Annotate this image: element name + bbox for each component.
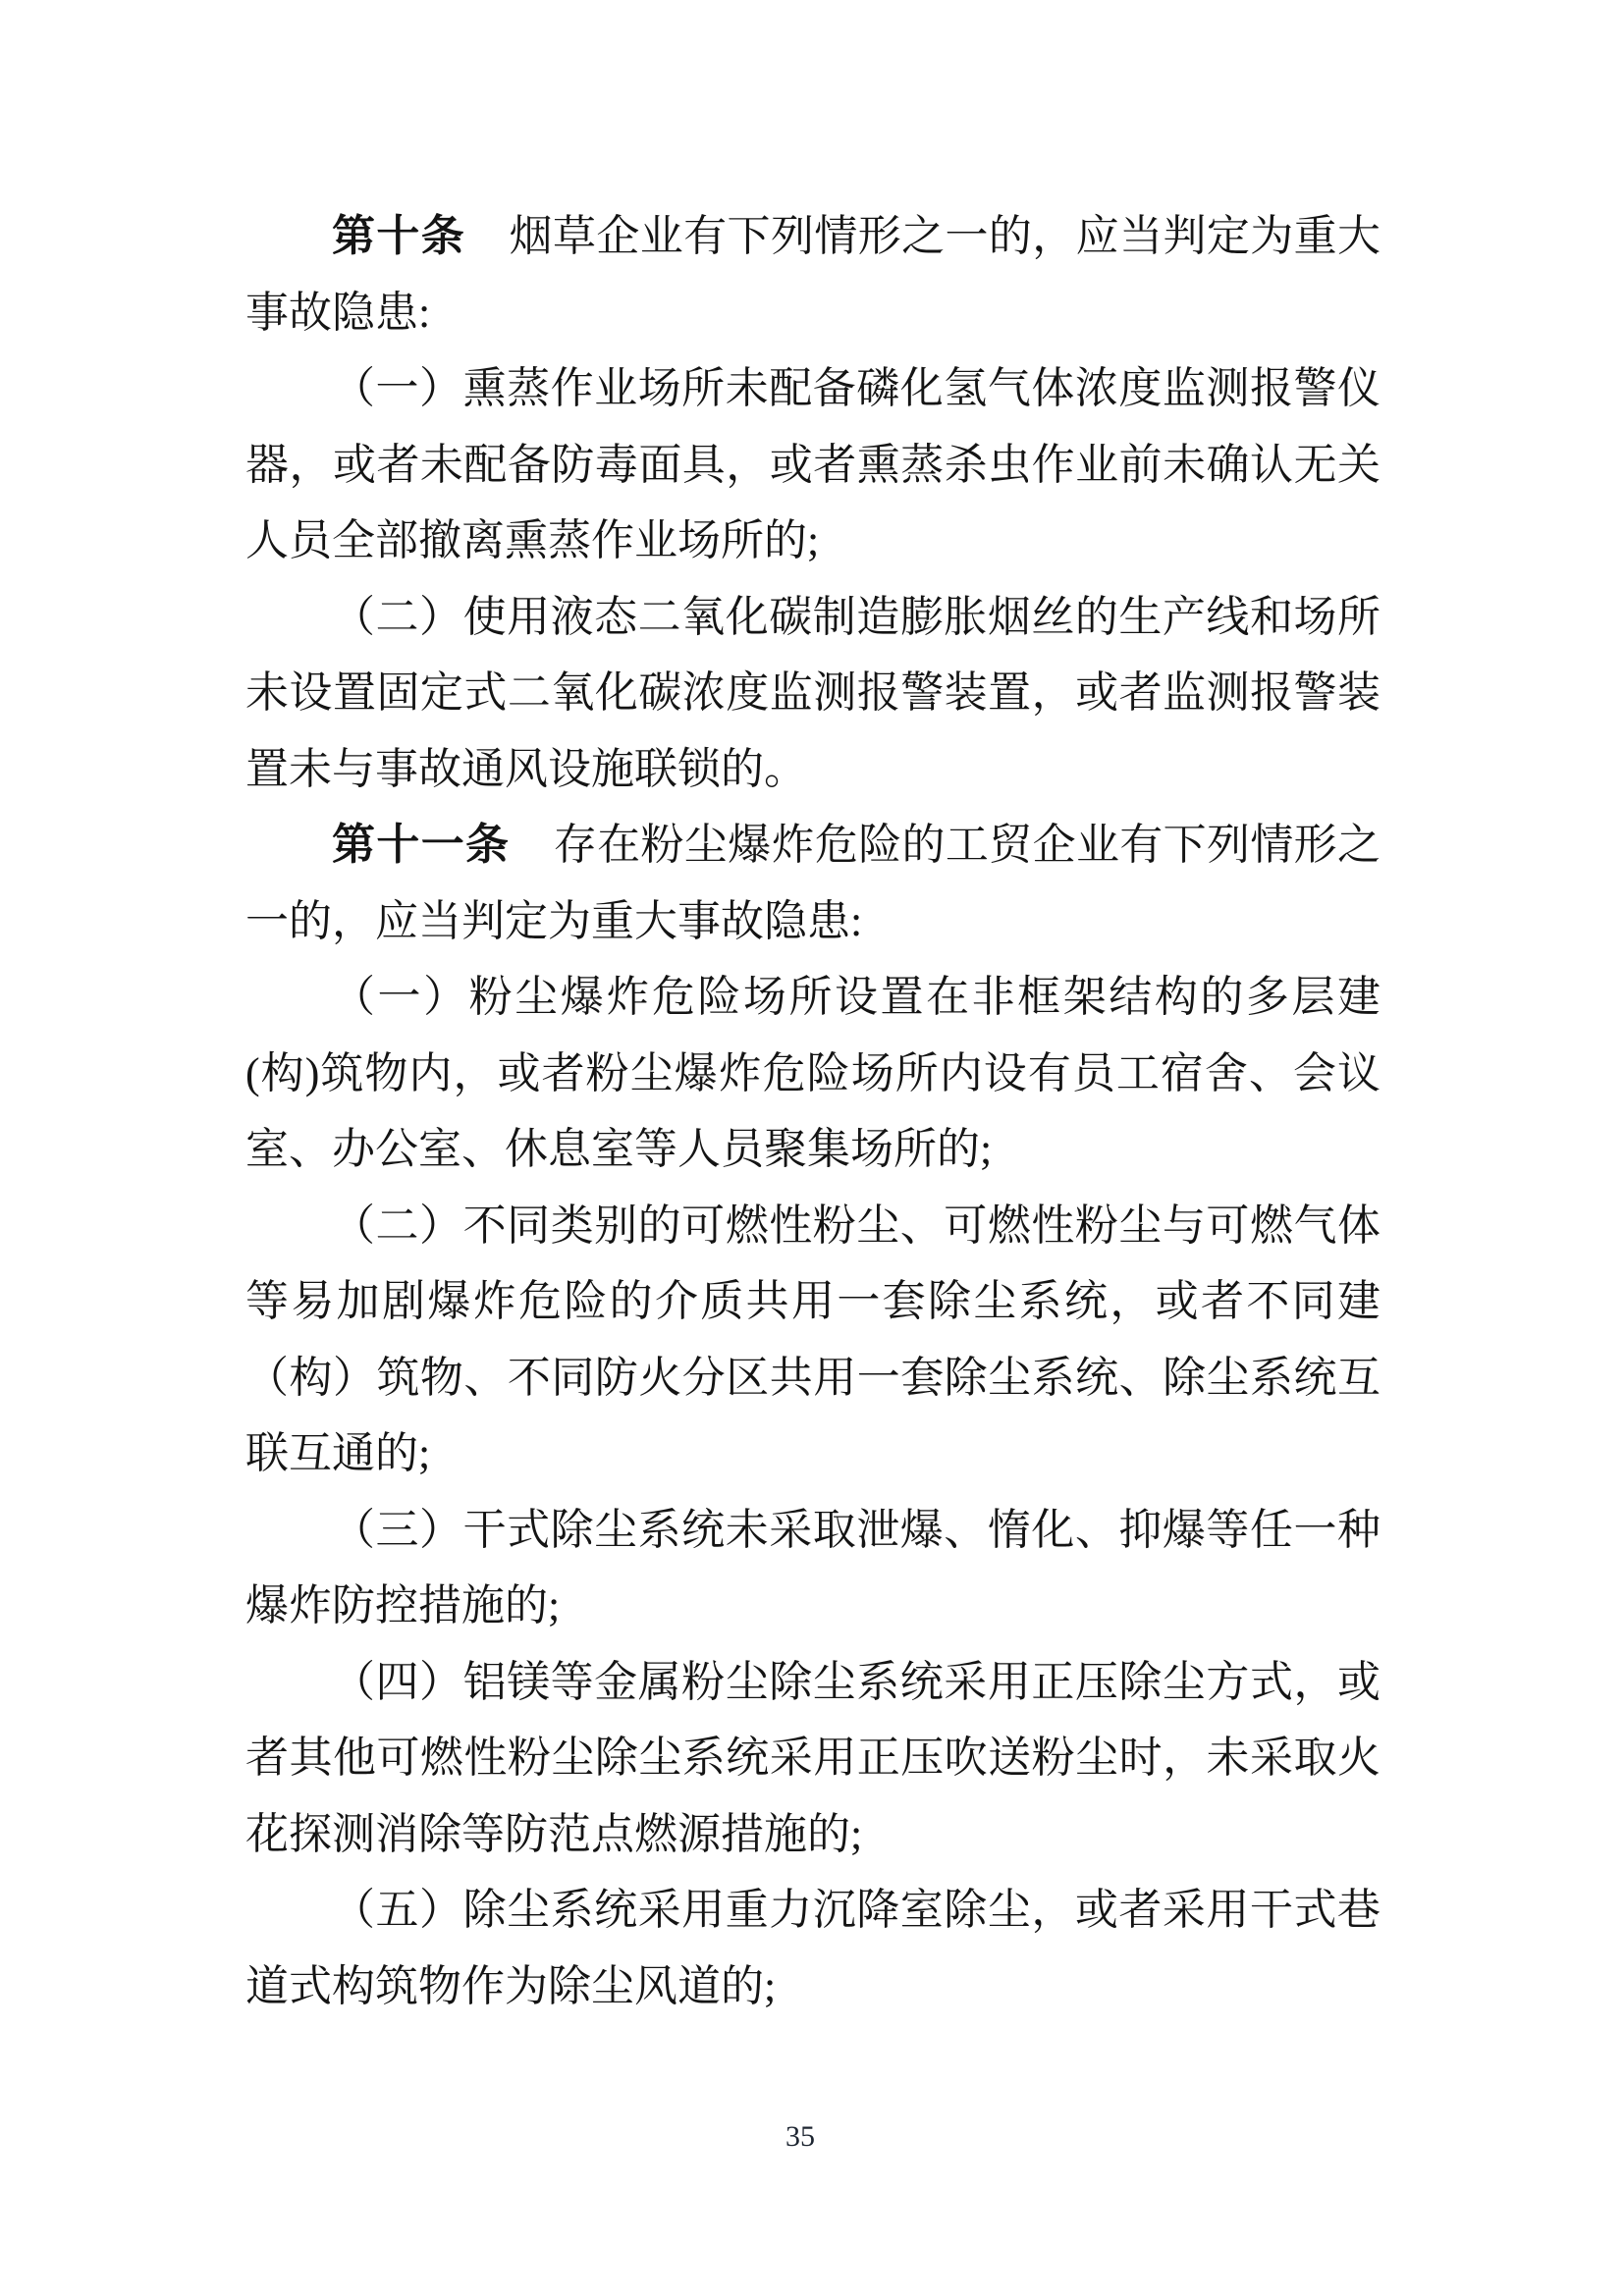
paragraph: （五）除尘系统采用重力沉降室除尘，或者采用干式巷道式构筑物作为除尘风道的; (245, 1872, 1380, 2024)
page-number: 35 (785, 2120, 815, 2154)
paragraph-text: （四）铝镁等金属粉尘除尘系统采用正压除尘方式，或者其他可燃性粉尘除尘系统采用正压… (245, 1658, 1380, 1858)
paragraph-text: （一）粉尘爆炸危险场所设置在非框架结构的多层建(构)筑物内，或者粉尘爆炸危险场所… (245, 973, 1380, 1173)
paragraph-text: （一）熏蒸作业场所未配备磷化氢气体浓度监测报警仪器，或者未配备防毒面具，或者熏蒸… (245, 364, 1380, 564)
paragraph: （二）不同类别的可燃性粉尘、可燃性粉尘与可燃气体等易加剧爆炸危险的介质共用一套除… (245, 1188, 1380, 1492)
paragraph: 第十条 烟草企业有下列情形之一的，应当判定为重大事故隐患: (245, 198, 1380, 350)
paragraph: （三）干式除尘系统未采取泄爆、惰化、抑爆等任一种爆炸防控措施的; (245, 1492, 1380, 1644)
article-separator (465, 212, 509, 260)
paragraph-text: （二）使用液态二氧化碳制造膨胀烟丝的生产线和场所未设置固定式二氧化碳浓度监测报警… (245, 593, 1380, 793)
article-separator (510, 821, 553, 869)
page-footer: 35 (0, 2120, 1624, 2154)
paragraph-text: （二）不同类别的可燃性粉尘、可燃性粉尘与可燃气体等易加剧爆炸危险的介质共用一套除… (245, 1201, 1380, 1478)
paragraph: （一）熏蒸作业场所未配备磷化氢气体浓度监测报警仪器，或者未配备防毒面具，或者熏蒸… (245, 350, 1380, 579)
paragraph-text: （三）干式除尘系统未采取泄爆、惰化、抑爆等任一种爆炸防控措施的; (245, 1506, 1380, 1630)
article-number: 第十一条 (332, 821, 510, 869)
paragraph: （二）使用液态二氧化碳制造膨胀烟丝的生产线和场所未设置固定式二氧化碳浓度监测报警… (245, 579, 1380, 808)
paragraph: 第十一条 存在粉尘爆炸危险的工贸企业有下列情形之一的，应当判定为重大事故隐患: (245, 807, 1380, 959)
paragraph: （一）粉尘爆炸危险场所设置在非框架结构的多层建(构)筑物内，或者粉尘爆炸危险场所… (245, 959, 1380, 1188)
text-block: 第十条 烟草企业有下列情形之一的，应当判定为重大事故隐患: （一）熏蒸作业场所未… (245, 198, 1380, 2024)
article-number: 第十条 (332, 212, 465, 260)
document-page: 第十条 烟草企业有下列情形之一的，应当判定为重大事故隐患: （一）熏蒸作业场所未… (0, 0, 1624, 2296)
paragraph: （四）铝镁等金属粉尘除尘系统采用正压除尘方式，或者其他可燃性粉尘除尘系统采用正压… (245, 1644, 1380, 1873)
paragraph-text: （五）除尘系统采用重力沉降室除尘，或者采用干式巷道式构筑物作为除尘风道的; (245, 1886, 1380, 2010)
